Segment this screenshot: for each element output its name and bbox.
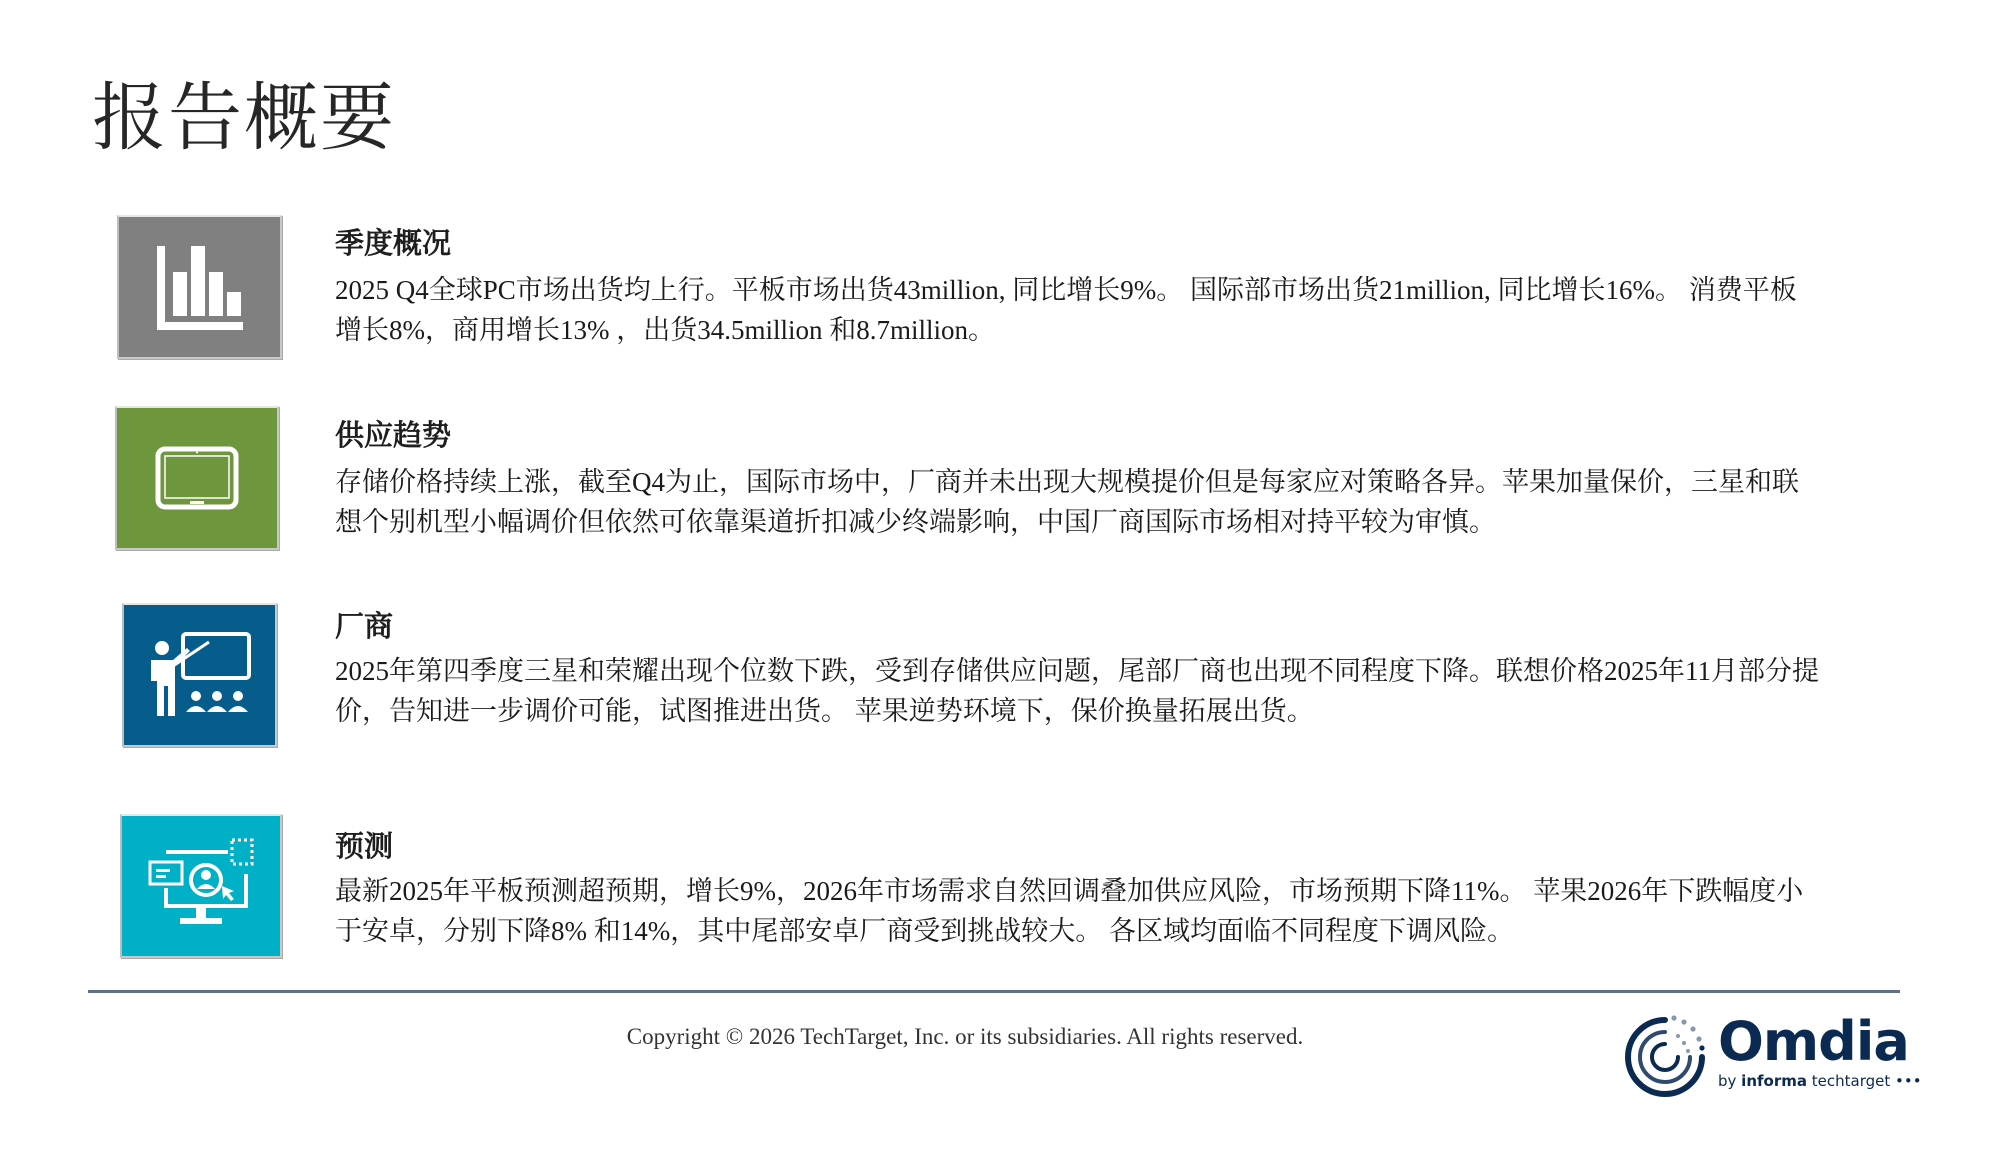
omdia-swirl-icon xyxy=(1622,1014,1708,1100)
section-title: 厂商 xyxy=(335,609,393,644)
presenter-icon xyxy=(122,603,277,747)
body-line: 增长8%，商用增长13% ，出货34.5million 和8.7million。 xyxy=(335,310,1895,350)
footer-divider xyxy=(88,990,1900,993)
page-title: 报告概要 xyxy=(92,78,396,159)
bar-chart-icon xyxy=(117,215,282,359)
section-body: 2025年第四季度三星和荣耀出现个位数下跌，受到存储供应问题，尾部厂商也出现不同… xyxy=(335,651,1895,731)
monitor-user-icon xyxy=(120,814,282,958)
section-body: 存储价格持续上涨，截至Q4为止，国际市场中，厂商并未出现大规模提价但是每家应对策… xyxy=(335,462,1895,542)
section-title: 季度概况 xyxy=(335,226,451,261)
body-line: 2025年第四季度三星和荣耀出现个位数下跌，受到存储供应问题，尾部厂商也出现不同… xyxy=(335,651,1895,691)
body-line: 价，告知进一步调价可能，试图推进出货。 苹果逆势环境下，保价换量拓展出货。 xyxy=(335,691,1895,731)
body-line: 存储价格持续上涨，截至Q4为止，国际市场中，厂商并未出现大规模提价但是每家应对策… xyxy=(335,462,1895,502)
logo-tagline-brand: informa xyxy=(1741,1072,1807,1090)
body-line: 于安卓，分别下降8% 和14%，其中尾部安卓厂商受到挑战较大。 各区域均面临不同… xyxy=(335,911,1895,951)
logo-tagline: by informa techtarget ••• xyxy=(1718,1072,1922,1090)
section-body: 2025 Q4全球PC市场出货均上行。平板市场出货43million, 同比增长… xyxy=(335,270,1895,350)
logo-wordmark: Omdia xyxy=(1718,1010,1909,1075)
section-title: 供应趋势 xyxy=(335,418,451,453)
omdia-logo: Omdia by informa techtarget ••• xyxy=(1622,1010,1902,1100)
section-body: 最新2025年平板预测超预期，增长9%，2026年市场需求自然回调叠加供应风险，… xyxy=(335,871,1895,951)
tablet-icon xyxy=(115,406,279,550)
body-line: 想个别机型小幅调价但依然可依靠渠道折扣减少终端影响，中国厂商国际市场相对持平较为… xyxy=(335,502,1895,542)
section-title: 预测 xyxy=(335,829,393,864)
body-line: 最新2025年平板预测超预期，增长9%，2026年市场需求自然回调叠加供应风险，… xyxy=(335,871,1895,911)
body-line: 2025 Q4全球PC市场出货均上行。平板市场出货43million, 同比增长… xyxy=(335,270,1895,310)
logo-tagline-prefix: by xyxy=(1718,1072,1741,1090)
logo-tagline-suffix: techtarget ••• xyxy=(1807,1072,1922,1090)
